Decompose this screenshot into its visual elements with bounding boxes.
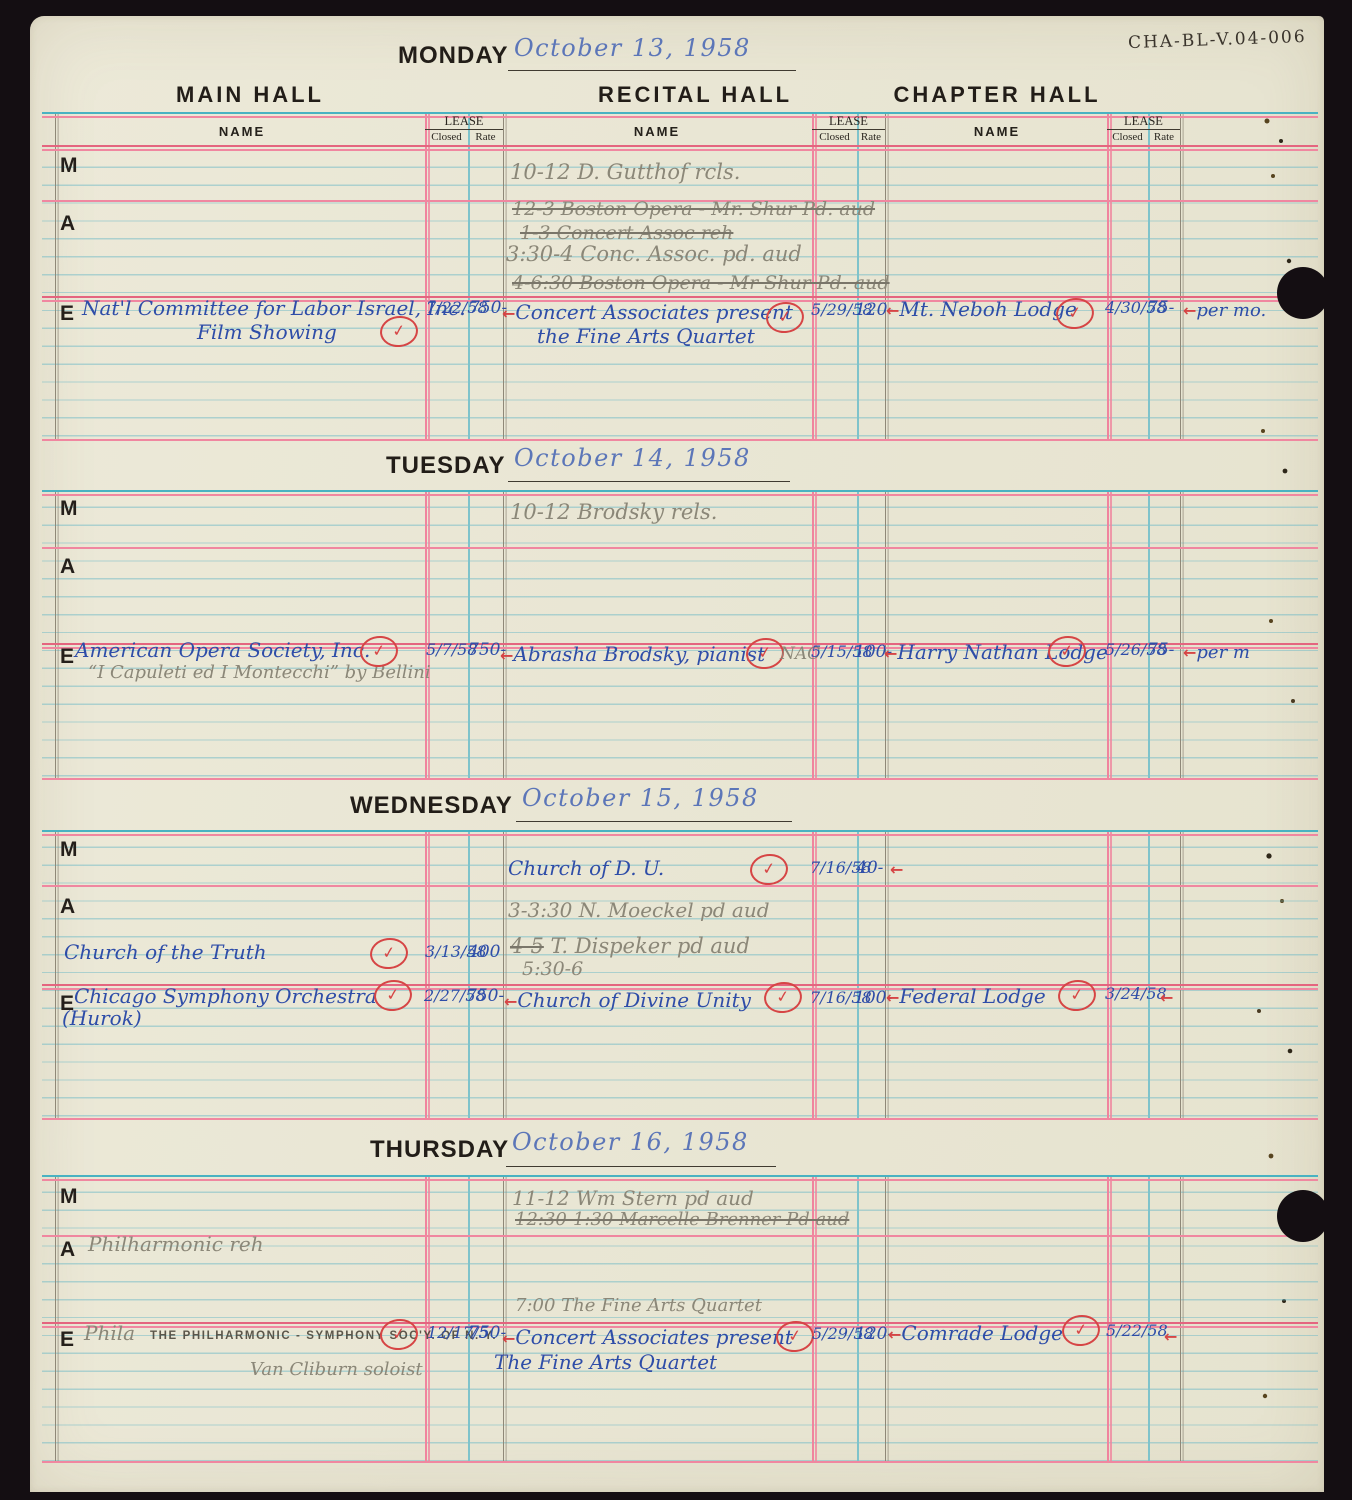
entry-text: Abrasha Brodsky, pianist [513, 642, 765, 666]
entry-text: Mt. Neboh Lodge [899, 297, 1076, 321]
entry-recital-afternoon: 3-3:30 N. Moeckel pd aud [508, 900, 770, 920]
lease-closed-date: 5/22/58 [1106, 1323, 1168, 1339]
ruled-lines [42, 150, 1318, 440]
day-date-wednesday: October 15, 1958 [522, 786, 759, 810]
day-date-thursday: October 16, 1958 [512, 1130, 749, 1154]
red-arrow-icon: ← [500, 646, 513, 665]
row-label-morning: M [60, 497, 78, 521]
entry-recital-morning: 10-12 Brodsky rels. [510, 502, 717, 523]
col-header-closed: Closed [425, 131, 468, 143]
lease-note: ←per m [1183, 644, 1250, 662]
punch-hole-notch [1318, 1210, 1352, 1223]
lease-rate: 40- [856, 860, 883, 877]
entry-text: Church of Divine Unity [517, 988, 751, 1012]
entry-main-afternoon: Church of the Truth [64, 942, 267, 962]
col-header-name: NAME [922, 124, 1072, 139]
red-arrow-icon: ← [1160, 988, 1173, 1007]
entry-text: Concert Associates present [515, 300, 792, 324]
paper-specks [0, 0, 2, 2]
entry-main-evening: American Opera Society, Inc. [75, 640, 370, 660]
section-monday: NAME NAME NAME LEASE Closed Rate LEASE C… [42, 112, 1318, 440]
red-arrow-icon: ← [1164, 1327, 1177, 1346]
red-arrow-icon: ← [502, 1329, 515, 1348]
day-title-monday: MONDAY [398, 42, 508, 70]
entry-chapter-evening: ←Comrade Lodge [888, 1323, 1063, 1343]
date-underline [508, 70, 796, 71]
red-arrow-icon: ← [504, 992, 517, 1011]
entry-chapter-evening: ←Mt. Neboh Lodge [886, 299, 1077, 319]
red-arrow-icon: ← [1183, 301, 1196, 320]
entry-main-evening: Chicago Symphony Orchestra [74, 986, 377, 1006]
entry-recital-evening: ←Concert Associates present [502, 302, 793, 322]
hall-header-main: MAIN HALL [120, 82, 380, 108]
day-date-monday: October 13, 1958 [514, 36, 751, 60]
lease-rate: 75- [1147, 300, 1174, 317]
note-text: per mo. [1196, 300, 1266, 321]
hall-header-recital: RECITAL HALL [540, 82, 850, 108]
col-header-closed: Closed [812, 131, 857, 143]
col-header-rate: Rate [857, 131, 885, 143]
col-header-closed: Closed [1107, 131, 1148, 143]
col-header-name: NAME [102, 124, 382, 139]
section-thursday: M A E 11-12 Wm Stern pd aud 12:30-1:30 M… [42, 1175, 1318, 1462]
entry-main-evening-line2: (Hurok) [62, 1008, 142, 1028]
red-arrow-icon: ← [890, 860, 903, 879]
note-text: per m [1196, 642, 1250, 663]
entry-recital-afternoon: 4-5 T. Dispeker pd aud [510, 936, 750, 957]
entry-recital-crossed: 12-3 Boston Opera - Mr. Shur Pd. aud [512, 200, 875, 219]
entry-text: T. Dispeker pd aud [544, 934, 750, 958]
entry-recital-evening: ←Church of Divine Unity [504, 990, 751, 1010]
entry-chapter-evening: ←Federal Lodge [886, 986, 1046, 1006]
red-arrow-icon: ← [884, 644, 897, 663]
ledger-page-scan: CHA-BL-V.04-006 MONDAY October 13, 1958 … [0, 0, 1352, 1500]
entry-recital-morning: 11-12 Wm Stern pd aud [512, 1188, 754, 1208]
entry-recital-evening: ←Concert Associates present [502, 1327, 793, 1347]
red-arrow-icon: ← [502, 304, 515, 323]
entry-recital-evening-line2: The Fine Arts Quartet [494, 1352, 717, 1372]
entry-text: Concert Associates present [515, 1325, 792, 1349]
day-date-tuesday: October 14, 1958 [514, 446, 751, 470]
red-arrow-icon: ← [886, 988, 899, 1007]
col-header-lease: LEASE [425, 114, 503, 129]
entry-recital-morning: 10-12 D. Gutthof rcls. [510, 162, 740, 183]
entry-main-evening: Nat'l Committee for Labor Israel, Inc. [82, 298, 466, 318]
col-header-rate: Rate [468, 131, 503, 143]
red-arrow-icon: ← [888, 1325, 901, 1344]
lease-rate: 750- [466, 988, 504, 1005]
entry-recital-crossed: 12:30-1:30 Marcelle Brenner Pd aud [515, 1211, 849, 1229]
ruled-lines [42, 490, 1318, 780]
entry-recital-afternoon: 7:00 The Fine Arts Quartet [515, 1297, 762, 1315]
row-label-afternoon: A [60, 1238, 75, 1262]
col-header-rate: Rate [1148, 131, 1180, 143]
entry-recital-afternoon: 3:30-4 Conc. Assoc. pd. aud [506, 244, 802, 265]
lease-rate: 750- [468, 1325, 506, 1342]
col-header-lease: LEASE [1107, 114, 1180, 129]
day-title-tuesday: TUESDAY [386, 452, 505, 480]
lease-note: ←per mo. [1183, 302, 1266, 320]
entry-text: Comrade Lodge [901, 1321, 1063, 1345]
section-wednesday: M A E Church of D. U. ✓ 7/16/58 40- ← 3-… [42, 830, 1318, 1120]
red-arrow-icon: ← [886, 301, 899, 320]
col-header-name: NAME [522, 124, 792, 139]
punch-hole-notch [1318, 287, 1352, 300]
entry-recital-evening: ←Abrasha Brodsky, pianist [500, 644, 765, 664]
entry-recital-morning: Church of D. U. [508, 858, 664, 878]
lease-rate: 75- [1147, 642, 1174, 659]
entry-recital-afternoon: 5:30-6 [522, 960, 583, 979]
lease-rate: 400 [468, 944, 500, 961]
row-label-afternoon: A [60, 895, 75, 919]
entry-main-pencil: Phila [84, 1323, 135, 1343]
entry-main-note: Van Cliburn soloist [250, 1361, 423, 1379]
section-tuesday: M A E 10-12 Brodsky rels. American Opera… [42, 490, 1318, 780]
hall-header-chapter: CHAPTER HALL [867, 82, 1127, 108]
row-label-afternoon: A [60, 555, 75, 579]
row-label-afternoon: A [60, 212, 75, 236]
entry-text: Federal Lodge [899, 984, 1045, 1008]
row-label-evening: E [60, 302, 74, 326]
row-label-morning: M [60, 838, 78, 862]
entry-recital-crossed: 4-6:30 Boston Opera - Mr Shur Pd. aud [512, 274, 890, 293]
row-label-evening: E [60, 1328, 74, 1352]
col-header-lease: LEASE [812, 114, 885, 129]
row-label-evening: E [60, 645, 74, 669]
crossed-time: 4-5 [510, 934, 544, 958]
entry-main-evening-line2: Film Showing [197, 322, 337, 342]
date-underline [508, 481, 790, 482]
entry-recital-crossed: 1-3 Concert Assoc reh [520, 224, 733, 243]
row-label-morning: M [60, 1185, 78, 1209]
date-underline [506, 1166, 776, 1167]
entry-recital-evening-line2: the Fine Arts Quartet [537, 326, 755, 346]
date-underline [516, 821, 792, 822]
row-label-morning: M [60, 154, 78, 178]
red-arrow-icon: ← [1183, 643, 1196, 662]
entry-main-afternoon: Philharmonic reh [88, 1234, 264, 1254]
lease-closed-date: 3/24/58 [1105, 986, 1167, 1002]
day-title-thursday: THURSDAY [370, 1136, 509, 1164]
ruled-lines [42, 830, 1318, 1120]
day-title-wednesday: WEDNESDAY [350, 792, 513, 820]
